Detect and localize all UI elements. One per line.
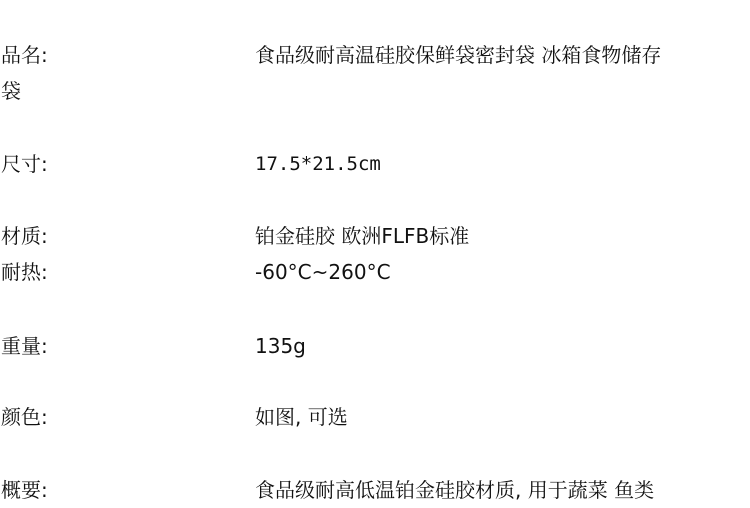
- spec-label: 颜色:: [1, 404, 48, 430]
- spec-value: 铂金硅胶 欧洲FLFB标准: [255, 223, 469, 249]
- spec-value: 食品级耐高低温铂金硅胶材质, 用于蔬菜 鱼类: [255, 477, 654, 503]
- spec-label: 耐热:: [1, 259, 48, 285]
- spec-value: 如图, 可选: [255, 404, 348, 430]
- spec-label: 概要:: [1, 477, 48, 503]
- spec-value: 17.5*21.5cm: [255, 151, 381, 177]
- spec-value: -60°C~260°C: [255, 259, 391, 285]
- spec-value: 食品级耐高温硅胶保鲜袋密封袋 冰箱食物储存: [255, 42, 661, 68]
- spec-label: 材质:: [1, 223, 48, 249]
- spec-label: 重量:: [1, 333, 48, 359]
- spec-value-wrap: 袋: [1, 78, 21, 104]
- spec-label: 尺寸:: [1, 151, 48, 177]
- spec-label: 品名:: [1, 42, 48, 68]
- spec-value: 135g: [255, 333, 306, 359]
